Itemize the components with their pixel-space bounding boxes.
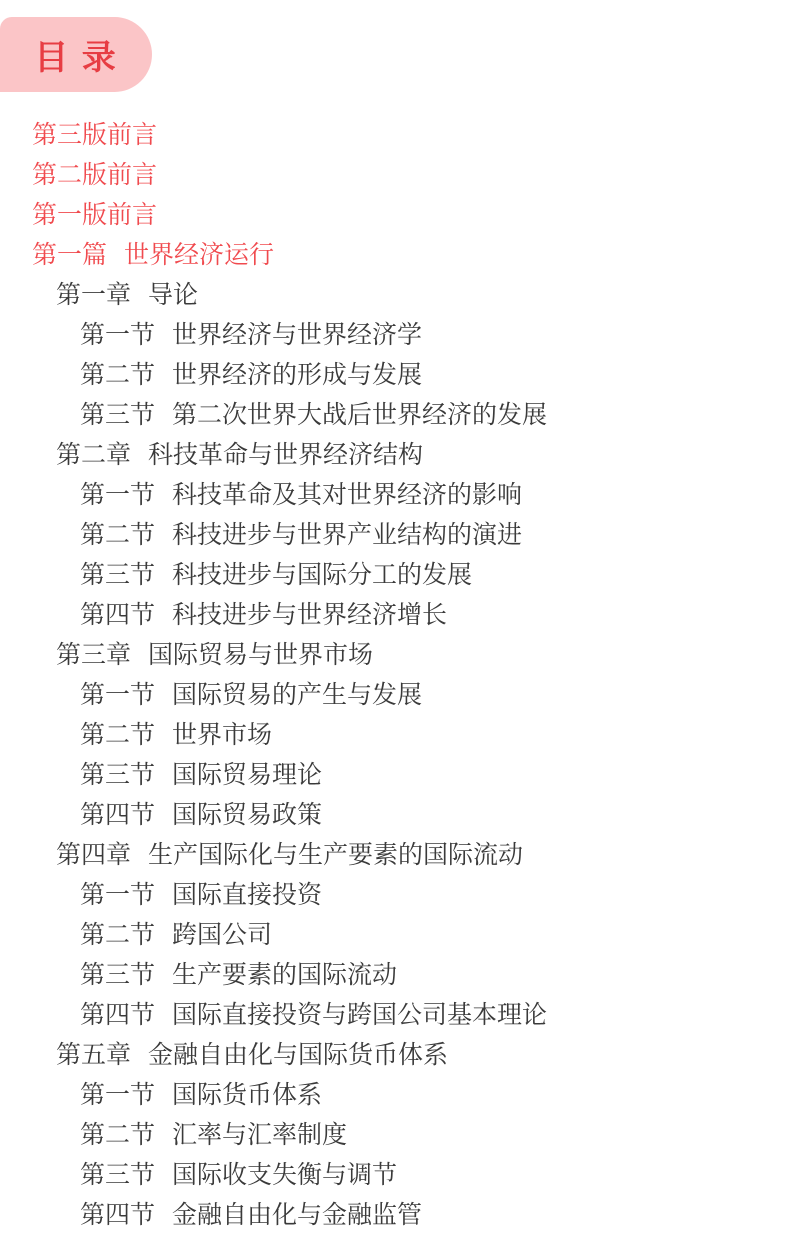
toc-entry-label: 第三节 <box>80 961 155 989</box>
toc-header-badge: 目 录 <box>0 17 152 92</box>
toc-entry[interactable]: 第四节金融自由化与金融监管 <box>0 1195 790 1233</box>
toc-entry-label: 第二节 <box>80 921 155 949</box>
toc-entry-title: 科技进步与国际分工的发展 <box>172 561 472 589</box>
toc-entry-label: 第四节 <box>80 1201 155 1229</box>
toc-entry-title: 国际贸易与世界市场 <box>148 641 373 669</box>
toc-entry-title: 金融自由化与金融监管 <box>172 1201 422 1229</box>
toc-entry[interactable]: 第一版前言 <box>0 195 790 235</box>
toc-entry-title: 世界经济运行 <box>124 241 274 269</box>
toc-entry-label: 第一节 <box>80 321 155 349</box>
toc-entry[interactable]: 第三节科技进步与国际分工的发展 <box>0 555 790 595</box>
toc-entry-label: 第二版前言 <box>32 161 157 189</box>
toc-entry[interactable]: 第三节国际收支失衡与调节 <box>0 1155 790 1195</box>
toc-entry[interactable]: 第一节国际货币体系 <box>0 1075 790 1115</box>
toc-entry-label: 第二节 <box>80 361 155 389</box>
toc-entry-label: 第四节 <box>80 1001 155 1029</box>
toc-entry[interactable]: 第四节科技进步与世界经济增长 <box>0 595 790 635</box>
toc-entry[interactable]: 第四章生产国际化与生产要素的国际流动 <box>0 835 790 875</box>
toc-entry[interactable]: 第四节国际贸易政策 <box>0 795 790 835</box>
toc-entry[interactable]: 第二节科技进步与世界产业结构的演进 <box>0 515 790 555</box>
toc-entry-title: 国际收支失衡与调节 <box>172 1161 397 1189</box>
toc-entry-label: 第三节 <box>80 401 155 429</box>
toc-entry[interactable]: 第一节世界经济与世界经济学 <box>0 315 790 355</box>
toc-entry-label: 第一节 <box>80 881 155 909</box>
toc-entry-label: 第四章 <box>56 841 131 869</box>
toc-entry-title: 世界市场 <box>172 721 272 749</box>
toc-entry-label: 第五章 <box>56 1041 131 1069</box>
toc-entry[interactable]: 第二节世界经济的形成与发展 <box>0 355 790 395</box>
toc-entry-label: 第三章 <box>56 641 131 669</box>
toc-entry-title: 金融自由化与国际货币体系 <box>148 1041 448 1069</box>
toc-entry-label: 第二章 <box>56 441 131 469</box>
toc-entry-label: 第二节 <box>80 1121 155 1149</box>
toc-entry[interactable]: 第五章金融自由化与国际货币体系 <box>0 1035 790 1075</box>
toc-entry-title: 汇率与汇率制度 <box>172 1121 347 1149</box>
toc-entry-title: 跨国公司 <box>172 921 272 949</box>
toc-entry[interactable]: 第二节汇率与汇率制度 <box>0 1115 790 1155</box>
toc-entry[interactable]: 第二节世界市场 <box>0 715 790 755</box>
toc-entry-label: 第四节 <box>80 601 155 629</box>
toc-entry[interactable]: 第三版前言 <box>0 115 790 155</box>
toc-entry-label: 第三节 <box>80 761 155 789</box>
toc-entry[interactable]: 第二版前言 <box>0 155 790 195</box>
toc-entry-label: 第二节 <box>80 721 155 749</box>
toc-entry-label: 第三节 <box>80 561 155 589</box>
toc-entry-title: 国际贸易的产生与发展 <box>172 681 422 709</box>
toc-entry-title: 国际货币体系 <box>172 1081 322 1109</box>
toc-entry-title: 世界经济的形成与发展 <box>172 361 422 389</box>
toc-entry-title: 第二次世界大战后世界经济的发展 <box>172 401 547 429</box>
table-of-contents: 第三版前言第二版前言第一版前言第一篇世界经济运行第一章导论第一节世界经济与世界经… <box>0 115 790 1233</box>
toc-entry[interactable]: 第一节国际直接投资 <box>0 875 790 915</box>
toc-entry-label: 第一版前言 <box>32 201 157 229</box>
toc-entry[interactable]: 第二章科技革命与世界经济结构 <box>0 435 790 475</box>
toc-entry-label: 第一节 <box>80 681 155 709</box>
toc-entry-title: 科技革命及其对世界经济的影响 <box>172 481 522 509</box>
toc-entry-label: 第四节 <box>80 801 155 829</box>
toc-entry-title: 国际直接投资与跨国公司基本理论 <box>172 1001 547 1029</box>
toc-entry-label: 第一节 <box>80 481 155 509</box>
toc-entry-label: 第一章 <box>56 281 131 309</box>
toc-entry-title: 科技进步与世界经济增长 <box>172 601 447 629</box>
toc-entry-title: 世界经济与世界经济学 <box>172 321 422 349</box>
toc-entry[interactable]: 第一章导论 <box>0 275 790 315</box>
toc-entry[interactable]: 第四节国际直接投资与跨国公司基本理论 <box>0 995 790 1035</box>
toc-entry-label: 第三节 <box>80 1161 155 1189</box>
toc-entry[interactable]: 第三节国际贸易理论 <box>0 755 790 795</box>
toc-entry-title: 科技革命与世界经济结构 <box>148 441 423 469</box>
toc-entry[interactable]: 第三章国际贸易与世界市场 <box>0 635 790 675</box>
toc-entry-title: 国际贸易政策 <box>172 801 322 829</box>
toc-entry-label: 第一节 <box>80 1081 155 1109</box>
toc-entry[interactable]: 第一篇世界经济运行 <box>0 235 790 275</box>
toc-entry-title: 导论 <box>148 281 198 309</box>
toc-entry-title: 国际直接投资 <box>172 881 322 909</box>
toc-entry-label: 第三版前言 <box>32 121 157 149</box>
toc-entry[interactable]: 第三节第二次世界大战后世界经济的发展 <box>0 395 790 435</box>
toc-entry[interactable]: 第一节国际贸易的产生与发展 <box>0 675 790 715</box>
toc-entry[interactable]: 第三节生产要素的国际流动 <box>0 955 790 995</box>
toc-entry[interactable]: 第一节科技革命及其对世界经济的影响 <box>0 475 790 515</box>
toc-entry-title: 科技进步与世界产业结构的演进 <box>172 521 522 549</box>
toc-entry[interactable]: 第二节跨国公司 <box>0 915 790 955</box>
toc-entry-title: 生产国际化与生产要素的国际流动 <box>148 841 523 869</box>
toc-entry-label: 第二节 <box>80 521 155 549</box>
toc-entry-label: 第一篇 <box>32 241 107 269</box>
toc-entry-title: 国际贸易理论 <box>172 761 322 789</box>
toc-entry-title: 生产要素的国际流动 <box>172 961 397 989</box>
